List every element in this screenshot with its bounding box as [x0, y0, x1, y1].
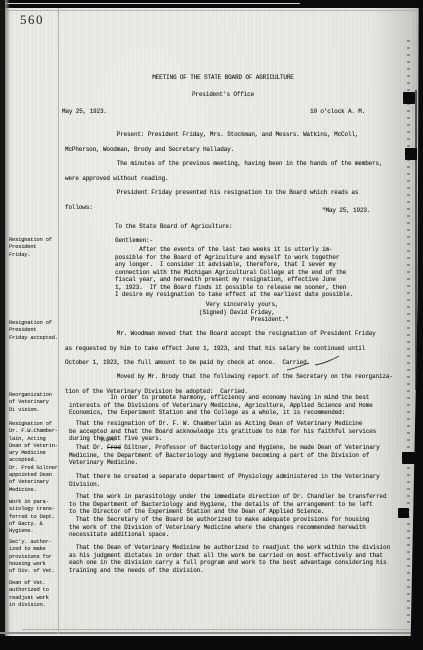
margin-note: Resignation of President Friday accepted… [9, 319, 61, 341]
page-top-rule [0, 10, 423, 11]
scanned-page: 560 MEETING OF THE STATE BOARD OF AGRICU… [0, 0, 423, 650]
paragraph-minutes-approved: The minutes of the previous meeting, hav… [65, 157, 382, 186]
report-rec-parasitology: That the work in parasitology under the … [69, 493, 386, 516]
meeting-subtitle: President's Office [68, 91, 378, 99]
report-rec-dean-authority: That the Dean of Veterinary Medicine be … [69, 544, 390, 574]
binding-ink-blot [398, 508, 409, 518]
report-preamble: In order to promote harmony, efficiency … [69, 394, 373, 417]
letter-date: "May 25, 1923. [322, 207, 370, 215]
paragraph-resignation-intro: President Friday presented his resignati… [65, 186, 358, 215]
rec-giltner-struck-name: Fred [107, 444, 121, 451]
binding-bleed-line [415, 90, 417, 390]
margin-note: Work in para- sitology trans- ferred to … [9, 498, 61, 534]
handwritten-slash-mark [286, 362, 310, 372]
report-rec-physiology: That there be created a separate departm… [69, 473, 380, 488]
binding-ink-blot [403, 92, 415, 104]
margin-note: Reorganization of Veterinary Di vision. [9, 391, 61, 413]
report-rec-housing: That the Secretary of the Board be autho… [69, 516, 369, 539]
letter-body: After the events of the last two weeks i… [115, 246, 353, 299]
paragraph-present: Present: President Friday, Mrs. Stockman… [65, 128, 358, 157]
letter-signature: Very sincerely yours, (Signed) David Fri… [199, 301, 289, 324]
binding-ink-blot [402, 452, 415, 464]
page-number: 560 [20, 12, 44, 28]
report-rec-giltner: That Dr. Fred Giltner, Professor of Bact… [69, 444, 380, 467]
handwritten-check-mark [314, 355, 340, 367]
scan-edge-top-highlight [0, 3, 300, 4]
meeting-title: MEETING OF THE STATE BOARD OF AGRICULTUR… [68, 74, 378, 82]
scan-edge-bottom [0, 636, 423, 650]
underpage-edge [0, 632, 423, 634]
binding-bleed-marks [407, 40, 410, 625]
scan-edge-top [0, 0, 423, 8]
margin-note: Sec'y. author- ized to make provisions f… [9, 538, 61, 574]
margin-note: Resignation of Dr. F.W.Chamber- lain, Ac… [9, 420, 61, 493]
meeting-time: 10 o'clock A. M. [310, 108, 365, 116]
binding-ink-blot [405, 148, 417, 160]
meeting-date: May 25, 1923. [62, 108, 107, 116]
letter-addressee: To the State Board of Agriculture: [115, 223, 232, 231]
letter-salutation: Gentlemen:- [115, 237, 153, 245]
handwritten-correction: Ward [100, 435, 116, 443]
margin-note: Resignation of President Friday. [9, 236, 61, 258]
margin-note: Dean of Vet. authorized to readjust work… [9, 579, 61, 608]
rec-giltner-before: That Dr. [69, 444, 107, 451]
page-bottom-rule [22, 629, 423, 630]
